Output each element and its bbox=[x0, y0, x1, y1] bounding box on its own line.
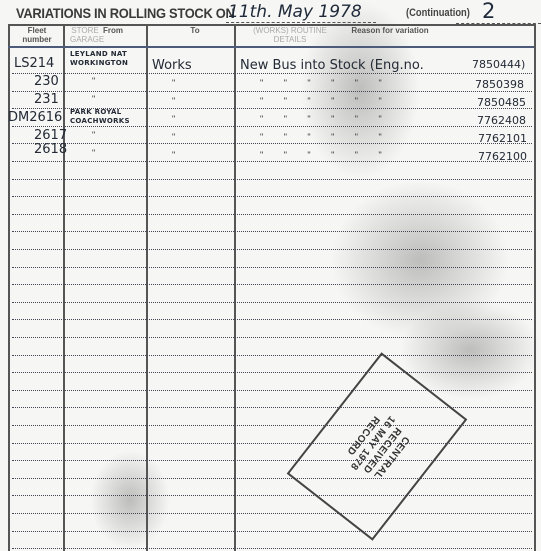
ditto-mark: " bbox=[172, 132, 175, 142]
ruled-line bbox=[12, 179, 532, 180]
ruled-line bbox=[12, 443, 532, 444]
ditto-mark: " bbox=[172, 78, 175, 88]
ruled-line bbox=[12, 214, 532, 215]
ruled-line bbox=[12, 319, 532, 320]
ruled-line bbox=[12, 513, 532, 514]
ruled-line bbox=[12, 337, 532, 338]
sheet-number: 2 bbox=[482, 0, 495, 23]
ditto-mark: " bbox=[92, 94, 95, 104]
ruled-line bbox=[12, 478, 532, 479]
document-page: VARIATIONS IN ROLLING STOCK ON 11th. May… bbox=[0, 0, 541, 551]
ruled-line bbox=[12, 531, 532, 532]
header-from: From bbox=[98, 26, 128, 35]
ruled-line bbox=[12, 73, 532, 74]
ruled-line bbox=[12, 91, 532, 92]
title-row: VARIATIONS IN ROLLING STOCK ON 11th. May… bbox=[16, 2, 536, 24]
ditto-mark: " " " " " " bbox=[260, 150, 382, 160]
fleet-no: DM2616 bbox=[8, 110, 62, 125]
ruled-line bbox=[12, 548, 532, 549]
page-title: VARIATIONS IN ROLLING STOCK ON bbox=[16, 5, 235, 21]
ruled-line bbox=[12, 355, 532, 356]
fleet-no: LS214 bbox=[14, 56, 54, 71]
ditto-mark: " " " " " " bbox=[260, 132, 382, 142]
ruled-line bbox=[12, 231, 532, 232]
engine-no: 7850444) bbox=[472, 58, 525, 71]
ruled-line bbox=[12, 126, 532, 127]
ditto-mark: " bbox=[92, 148, 95, 158]
ruled-line bbox=[12, 460, 532, 461]
ruled-line bbox=[12, 407, 532, 408]
ruled-line bbox=[12, 372, 532, 373]
to-location: Works bbox=[152, 58, 192, 73]
fleet-no: 230 bbox=[34, 74, 59, 89]
ditto-mark: " bbox=[92, 76, 95, 86]
engine-no: 7762408 bbox=[477, 114, 526, 127]
header-reason: Reason for variation bbox=[340, 26, 440, 35]
ditto-mark: " bbox=[172, 96, 175, 106]
ruled-line bbox=[12, 196, 532, 197]
ruled-line bbox=[12, 143, 532, 144]
ditto-mark: " bbox=[172, 114, 175, 124]
reason: New Bus into Stock (Eng.no. bbox=[240, 58, 424, 73]
from-location: LEYLAND NAT WORKINGTON bbox=[70, 50, 142, 68]
fleet-no: 2617 bbox=[34, 128, 67, 143]
continuation-label: (Continuation) bbox=[406, 7, 470, 19]
fleet-no: 2618 bbox=[34, 142, 67, 157]
ruled-line bbox=[12, 161, 532, 162]
header-overprint: (WORKS) ROUTINE DETAILS bbox=[240, 26, 340, 44]
header-to: To bbox=[180, 26, 210, 35]
ruled-line bbox=[12, 390, 532, 391]
engine-no: 7762101 bbox=[478, 132, 527, 145]
ditto-mark: " bbox=[92, 130, 95, 140]
report-date: 11th. May 1978 bbox=[228, 2, 362, 22]
ruled-line bbox=[12, 249, 532, 250]
fleet-no: 231 bbox=[34, 92, 59, 107]
header-fleet-no: Fleet number bbox=[12, 26, 62, 44]
ruled-line bbox=[12, 267, 532, 268]
engine-no: 7762100 bbox=[478, 150, 527, 163]
header-overprint: STORE GARAGE bbox=[70, 26, 100, 44]
date-underline bbox=[226, 22, 376, 23]
ruled-line bbox=[12, 495, 532, 496]
ruled-line bbox=[12, 284, 532, 285]
ditto-mark: " bbox=[172, 150, 175, 160]
header-divider bbox=[8, 46, 534, 48]
engine-no: 7850398 bbox=[475, 78, 524, 91]
column-divider bbox=[63, 24, 65, 551]
ditto-mark: " " " " " " bbox=[260, 78, 382, 88]
ruled-line bbox=[12, 302, 532, 303]
ditto-mark: " " " " " " bbox=[260, 114, 382, 124]
column-divider bbox=[234, 24, 236, 551]
engine-no: 7850485 bbox=[477, 96, 526, 109]
ditto-mark: " " " " " " bbox=[260, 96, 382, 106]
column-divider bbox=[146, 24, 148, 551]
from-location: PARK ROYAL COACHWORKS bbox=[70, 108, 142, 126]
